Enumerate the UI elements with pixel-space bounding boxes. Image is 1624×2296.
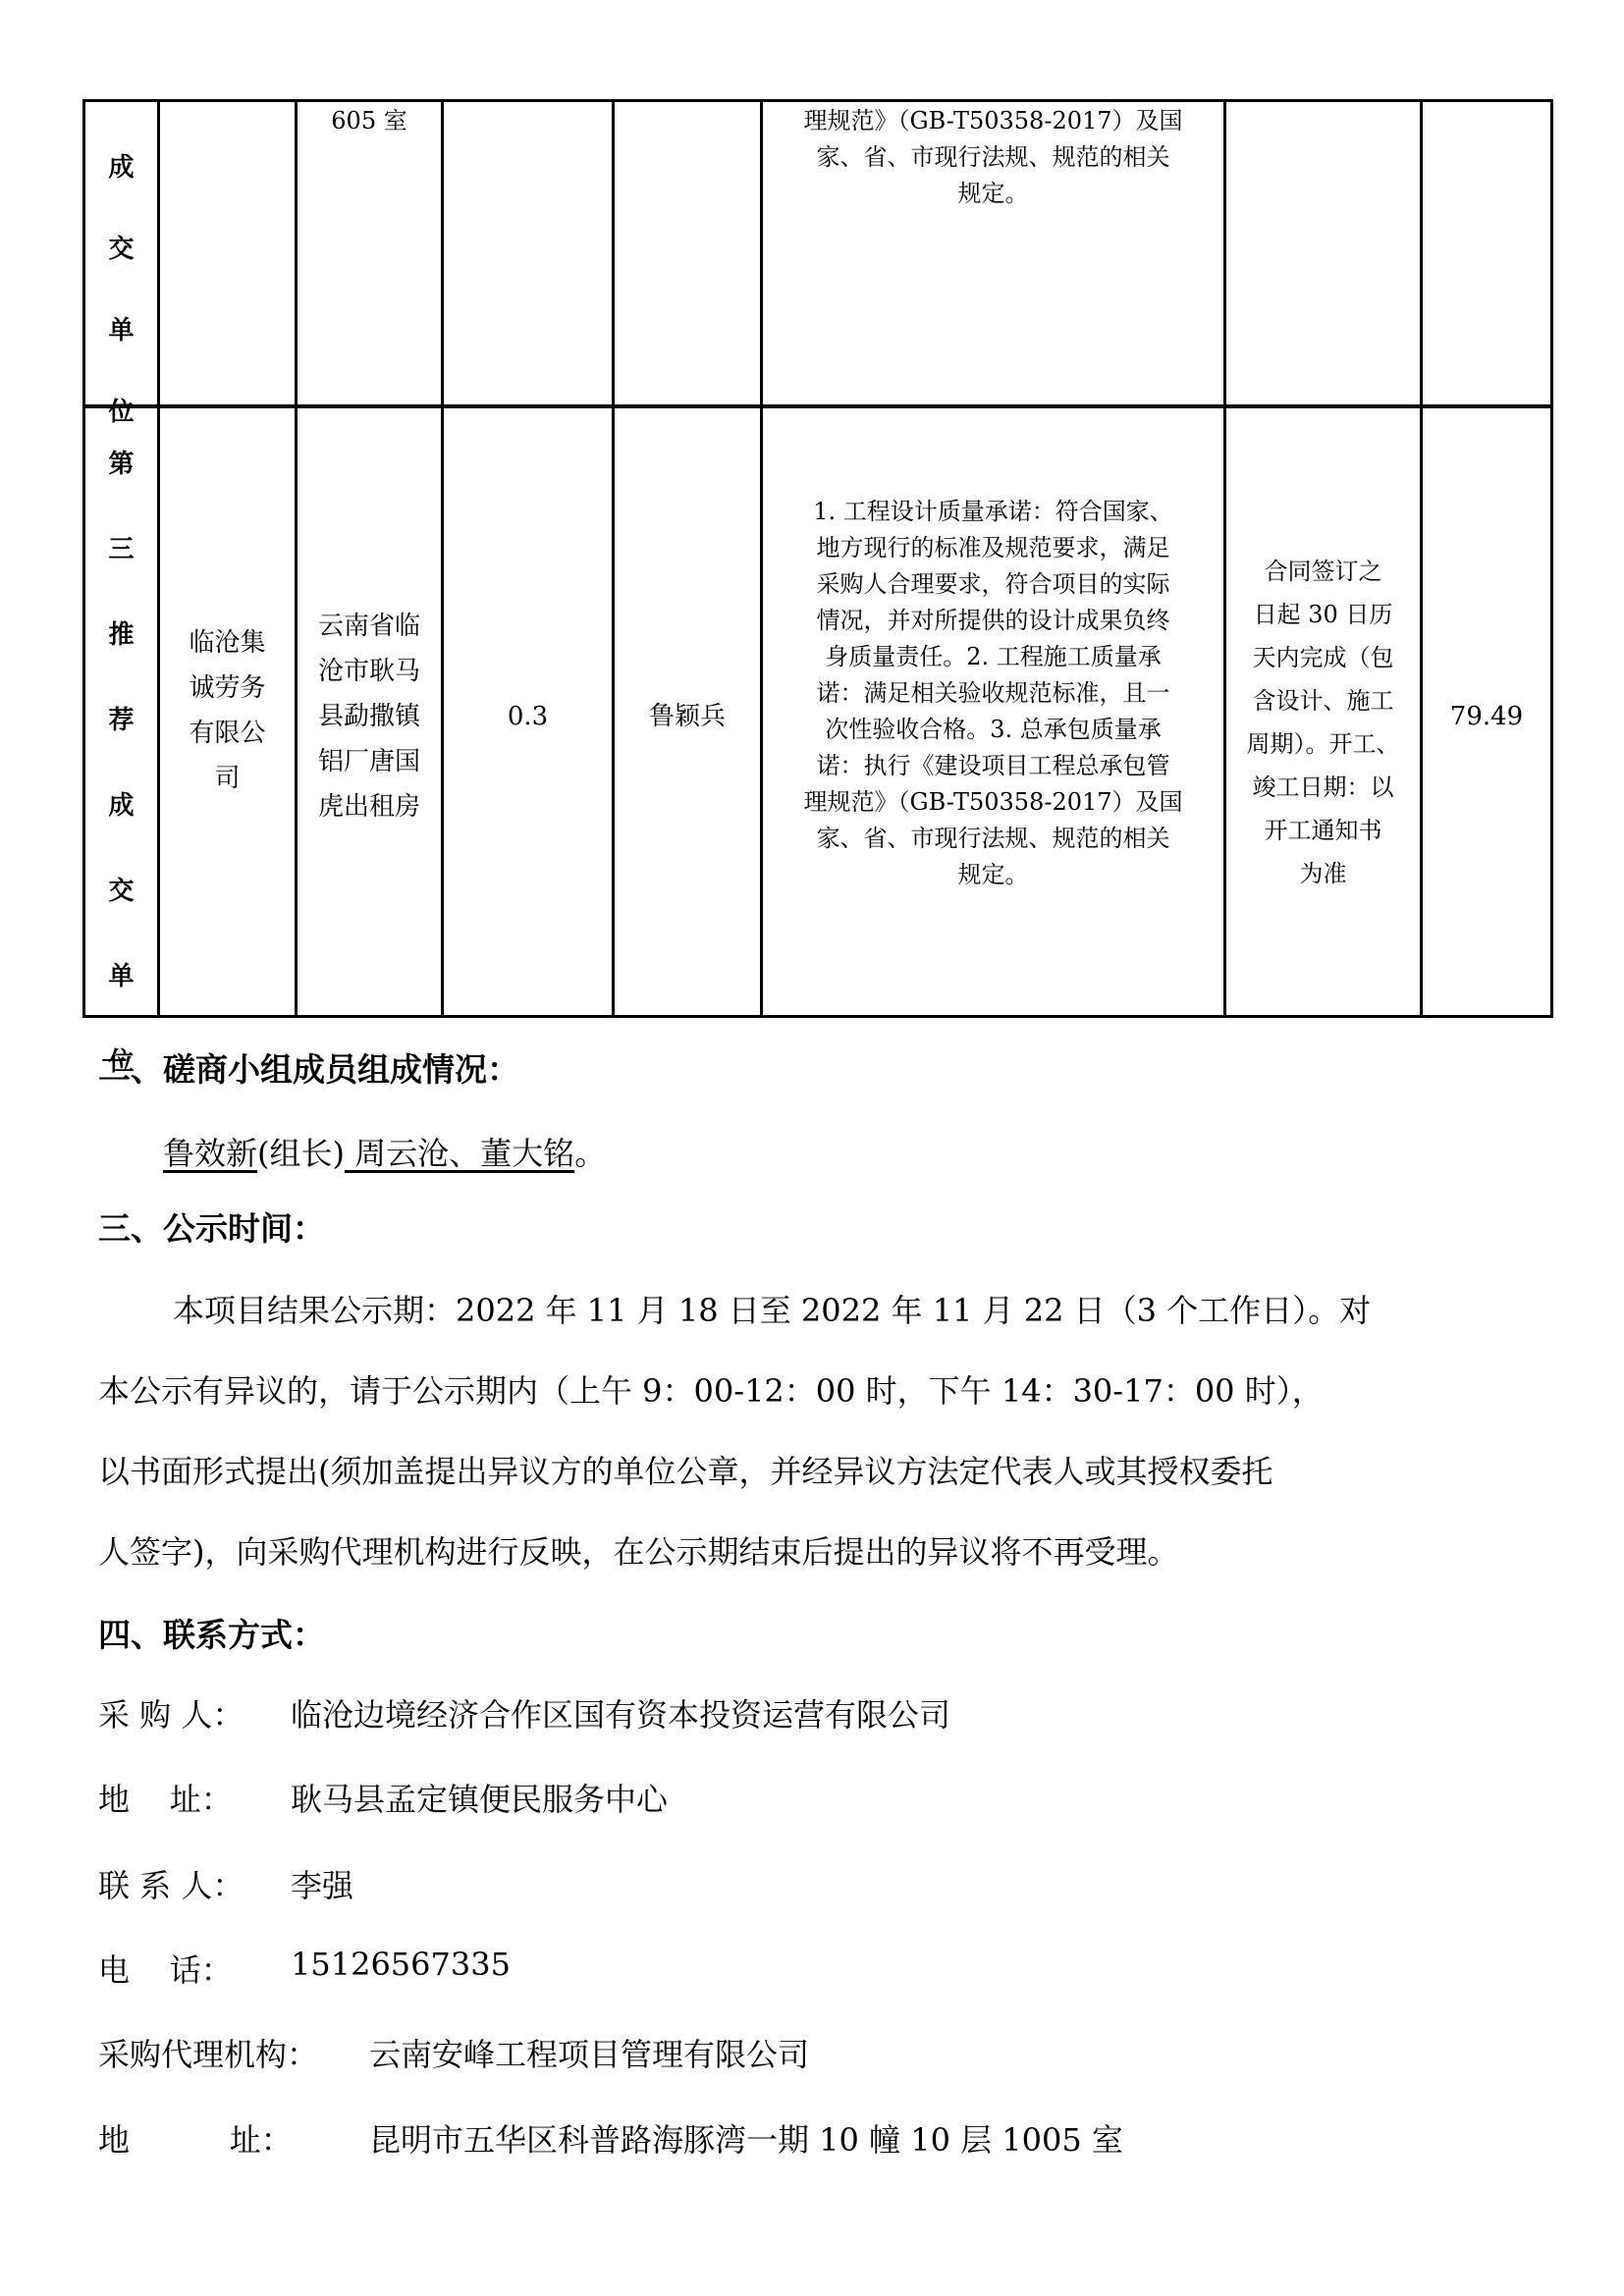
row-label-char: 三 xyxy=(108,529,134,565)
row-label-char: 荐 xyxy=(108,700,134,736)
address-cell: 605 室 xyxy=(298,103,441,139)
address-line: 虎出租房 xyxy=(318,784,420,829)
row-label-char: 位 xyxy=(108,392,134,428)
contact-label: 采购代理机构： xyxy=(98,2030,369,2075)
company-line: 临沧集 xyxy=(189,620,265,666)
team-member-names: 周云沧、董大铭 xyxy=(345,1135,574,1172)
commitment-line: 规定。 xyxy=(958,176,1029,212)
contact-label: 采 购 人： xyxy=(98,1690,291,1735)
schedule-line: 开工通知书 xyxy=(1265,809,1382,852)
schedule-line: 合同签订之 xyxy=(1265,550,1382,593)
address-line: 铝厂唐国 xyxy=(318,739,420,784)
table-border-top xyxy=(83,99,1552,102)
table-col-line xyxy=(157,99,160,1018)
row-label-char: 交 xyxy=(108,871,134,907)
contact-label: 电 话： xyxy=(98,1946,291,1991)
manager-cell: 鲁颖兵 xyxy=(615,699,760,735)
table-col-line xyxy=(612,99,615,1018)
price-cell: 0.3 xyxy=(444,699,612,735)
section-heading-negotiation-team: 二、磋商小组成员组成情况： xyxy=(98,1044,519,1091)
commitment-line: 规定。 xyxy=(958,857,1029,893)
address-line: 县勐撒镇 xyxy=(318,694,420,739)
schedule-line: 含设计、施工 xyxy=(1253,679,1394,722)
contact-label: 联 系 人： xyxy=(98,1861,291,1906)
commitment-line: 1. 工程设计质量承诺：符合国家、 xyxy=(813,494,1173,530)
section-heading-publicity-period: 三、公示时间： xyxy=(98,1203,325,1250)
commitment-line: 次性验收合格。3. 总承包质量承 xyxy=(825,712,1162,748)
address-line: 沧市耿马 xyxy=(318,649,420,694)
publicity-paragraph-line: 本公示有异议的，请于公示期内（上午 9：00-12：00 时，下午 14：30-… xyxy=(98,1366,1324,1412)
row-label-char: 成 xyxy=(108,147,134,184)
manager-name: 鲁颖兵 xyxy=(649,699,726,735)
team-leader-role: (组长) xyxy=(257,1135,345,1172)
contact-value: 昆明市五华区科普路海豚湾一期 10 幢 10 层 1005 室 xyxy=(369,2115,1123,2161)
publicity-paragraph-line: 本项目结果公示期：2022 年 11 月 18 日至 2022 年 11 月 2… xyxy=(173,1286,1371,1331)
contact-purchaser: 采 购 人： 临沧边境经济合作区国有资本投资运营有限公司 xyxy=(98,1690,950,1735)
row-label-char: 第 xyxy=(108,444,134,480)
commitment-line: 身质量责任。2. 工程施工质量承 xyxy=(825,639,1162,675)
commitment-line: 地方现行的标准及规范要求，满足 xyxy=(817,530,1170,566)
contact-agency: 采购代理机构： 云南安峰工程项目管理有限公司 xyxy=(98,2030,809,2075)
team-members-end: 。 xyxy=(574,1135,606,1172)
contact-value: 云南安峰工程项目管理有限公司 xyxy=(369,2030,809,2075)
table-col-line xyxy=(295,99,298,1018)
commitment-cell: 1. 工程设计质量承诺：符合国家、 地方现行的标准及规范要求，满足 采购人合理要… xyxy=(763,494,1223,893)
commitment-line: 诺：执行《建设项目工程总承包管 xyxy=(817,748,1170,784)
company-line: 诚劳务 xyxy=(189,666,265,711)
contact-value: 李强 xyxy=(291,1861,353,1906)
table-border-bottom xyxy=(83,1015,1552,1018)
publicity-paragraph-line: 人签字)，向采购代理机构进行反映，在公示期结束后提出的异议将不再受理。 xyxy=(98,1527,1179,1573)
contact-purchaser-address: 地 址： 耿马县孟定镇便民服务中心 xyxy=(98,1775,668,1820)
company-line: 有限公 xyxy=(189,711,265,756)
contact-value: 临沧边境经济合作区国有资本投资运营有限公司 xyxy=(291,1690,950,1735)
commitment-cell: 理规范》（GB-T50358-2017）及国 家、省、市现行法规、规范的相关 规… xyxy=(763,103,1223,212)
contact-label: 地 址： xyxy=(98,2115,369,2161)
schedule-line: 为准 xyxy=(1300,852,1347,895)
row-label-char: 成 xyxy=(108,785,134,822)
row-label-char: 交 xyxy=(108,229,134,265)
row-label-vertical: 第 三 推 荐 成 交 单 位 xyxy=(85,444,157,1078)
row-label-char: 单 xyxy=(108,956,134,992)
table-col-line xyxy=(1420,99,1423,1018)
table-col-line xyxy=(1550,99,1553,1018)
contact-person: 联 系 人： 李强 xyxy=(98,1861,353,1906)
commitment-line: 采购人合理要求，符合项目的实际 xyxy=(817,566,1170,603)
row-label-char: 推 xyxy=(108,614,134,651)
commitment-line: 理规范》（GB-T50358-2017）及国 xyxy=(803,784,1182,821)
row-label-char: 单 xyxy=(108,310,134,347)
company-line: 司 xyxy=(214,756,240,801)
contact-phone-number: 15126567335 xyxy=(291,1946,511,1991)
schedule-cell: 合同签订之 日起 30 日历 天内完成（包 含设计、施工 周期）。开工、 竣工日… xyxy=(1226,550,1420,895)
commitment-line: 家、省、市现行法规、规范的相关 xyxy=(817,821,1170,857)
company-cell: 临沧集 诚劳务 有限公 司 xyxy=(160,620,295,801)
table-col-line xyxy=(441,99,444,1018)
price-value: 0.3 xyxy=(508,699,548,735)
commitment-line: 情况，并对所提供的设计成果负终 xyxy=(817,603,1170,639)
contact-agency-address: 地 址： 昆明市五华区科普路海豚湾一期 10 幢 10 层 1005 室 xyxy=(98,2115,1123,2161)
address-cell: 云南省临 沧市耿马 县勐撒镇 铝厂唐国 虎出租房 xyxy=(298,604,441,829)
contact-phone: 电 话： 15126567335 xyxy=(98,1946,511,1991)
section-heading-contact: 四、联系方式： xyxy=(98,1610,325,1656)
publicity-paragraph-line: 以书面形式提出(须加盖提出异议方的单位公章，并经异议方法定代表人或其授权委托 xyxy=(98,1447,1273,1492)
schedule-line: 天内完成（包 xyxy=(1253,636,1394,679)
schedule-line: 日起 30 日历 xyxy=(1254,593,1393,636)
contact-value: 耿马县孟定镇便民服务中心 xyxy=(291,1775,668,1820)
team-leader-name: 鲁效新 xyxy=(163,1135,257,1172)
address-line: 605 室 xyxy=(331,103,406,139)
address-line: 云南省临 xyxy=(318,604,420,649)
schedule-line: 竣工日期：以 xyxy=(1253,766,1394,809)
commitment-line: 诺：满足相关验收规范标准，且一 xyxy=(817,675,1170,712)
commitment-line: 理规范》（GB-T50358-2017）及国 xyxy=(803,103,1182,139)
schedule-line: 周期）。开工、 xyxy=(1247,722,1400,766)
commitment-line: 家、省、市现行法规、规范的相关 xyxy=(817,139,1170,176)
row-label-vertical: 成 交 单 位 xyxy=(85,147,157,428)
score-cell: 79.49 xyxy=(1423,699,1550,735)
contact-label: 地 址： xyxy=(98,1775,291,1820)
score-value: 79.49 xyxy=(1450,699,1523,735)
table-row-divider xyxy=(83,404,1552,408)
team-members: 鲁效新(组长) 周云沧、董大铭。 xyxy=(163,1129,606,1174)
